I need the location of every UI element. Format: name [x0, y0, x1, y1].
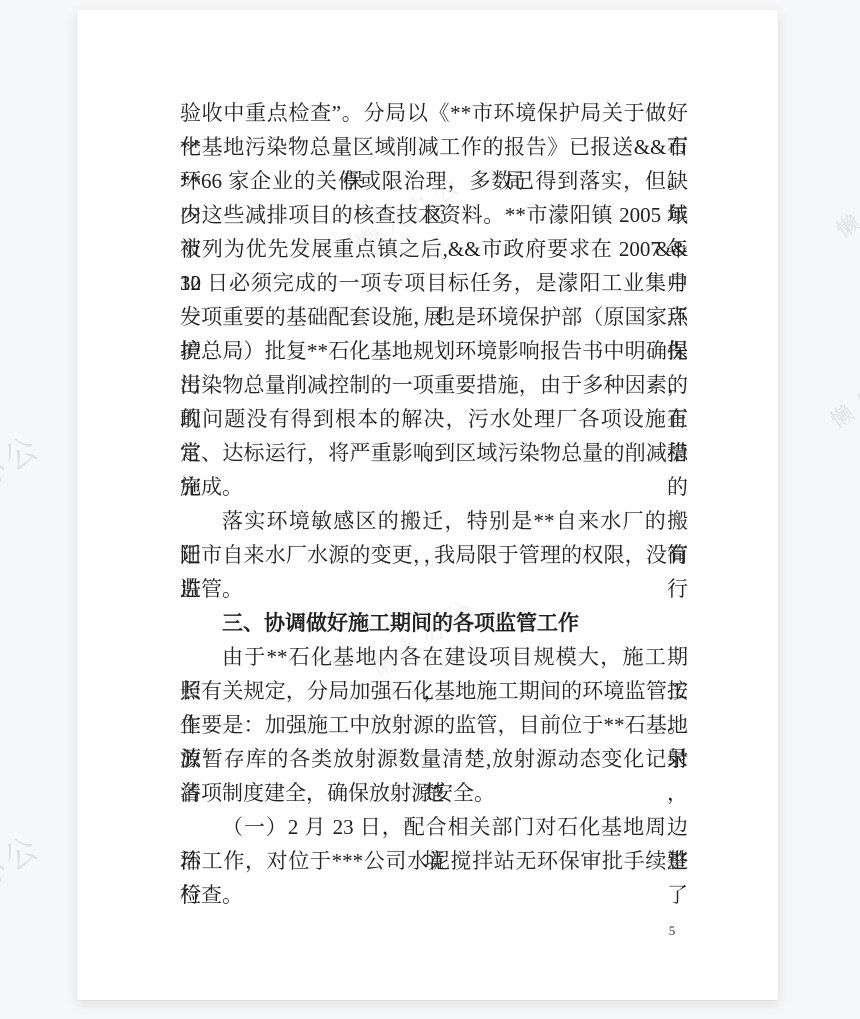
- body-line: 治工作，对位于***公司水泥搅拌站无环保审批手续进行了: [180, 844, 688, 878]
- body-line: 护总局）批复**石化基地规划环境影响报告书中明确提出的: [180, 334, 688, 368]
- watermark-left-upper: 办公: [0, 422, 49, 500]
- document-canvas: 验收中重点检查”。分局以《**市环境保护局关于做好**石化基地污染物总量区域削减…: [0, 0, 860, 1019]
- body-line: 内这些减排项目的核查技术资料。**市濛阳镇 2005 年被&&: [180, 198, 688, 232]
- watermark-left-lower: 办公: [0, 822, 49, 900]
- page-number: 5: [662, 922, 682, 940]
- body-line: 验收中重点检查”。分局以《**市环境保护局关于做好**石: [180, 96, 688, 130]
- watermark-right-mid: 懒人: [824, 380, 860, 434]
- body-line: 污染物总量削减控制的一项重要措施，由于多种因素，现有: [180, 368, 688, 402]
- body-line: 照有关规定，分局加强石化基地施工期间的环境监管工作。: [180, 674, 688, 708]
- body-line: 一项重要的基础配套设施，也是环境保护部（原国家环境保: [180, 300, 688, 334]
- body-line: 30 日必须完成的一项专项目标任务，是濛阳工业集中发展点: [180, 266, 688, 300]
- body-line: 源暂存库的各类放射源数量清楚,放射源动态变化记录清楚，: [180, 742, 688, 776]
- body-line: 落实环境敏感区的搬迁，特别是**自来水厂的搬迁，简: [180, 504, 688, 538]
- body-line: **66 家企业的关停或限治理，多数已得到落实，但缺少区域: [180, 164, 688, 198]
- document-page: 验收中重点检查”。分局以《**市环境保护局关于做好**石化基地污染物总量区域削减…: [77, 10, 778, 1000]
- section-heading: 三、协调做好施工期间的各项监管工作: [180, 606, 688, 640]
- body-line: 定、达标运行，将严重影响到区域污染物总量的削减措施的: [180, 436, 688, 470]
- body-line: （一）2 月 23 日，配合相关部门对石化基地周边环境整: [180, 810, 688, 844]
- body-line: 阳市自来水厂水源的变更，我局限于管理的权限，没有进行: [180, 538, 688, 572]
- body-line: 由于**石化基地内各在建设项目规模大，施工期长，按: [180, 640, 688, 674]
- watermark-right-upper: 懒人: [830, 190, 860, 244]
- body-line: 市列为优先发展重点镇之后,&&市政府要求在 2007 年 12 月: [180, 232, 688, 266]
- body-line: 的问题没有得到根本的解决，污水处理厂各项设施正常、稳: [180, 402, 688, 436]
- body-line: 主要是：加强施工中放射源的监管，目前位于**石基地放射: [180, 708, 688, 742]
- document-body: 验收中重点检查”。分局以《**市环境保护局关于做好**石化基地污染物总量区域削减…: [180, 96, 688, 912]
- body-line: 化基地污染物总量区域削减工作的报告》已报送&&市环保局。: [180, 130, 688, 164]
